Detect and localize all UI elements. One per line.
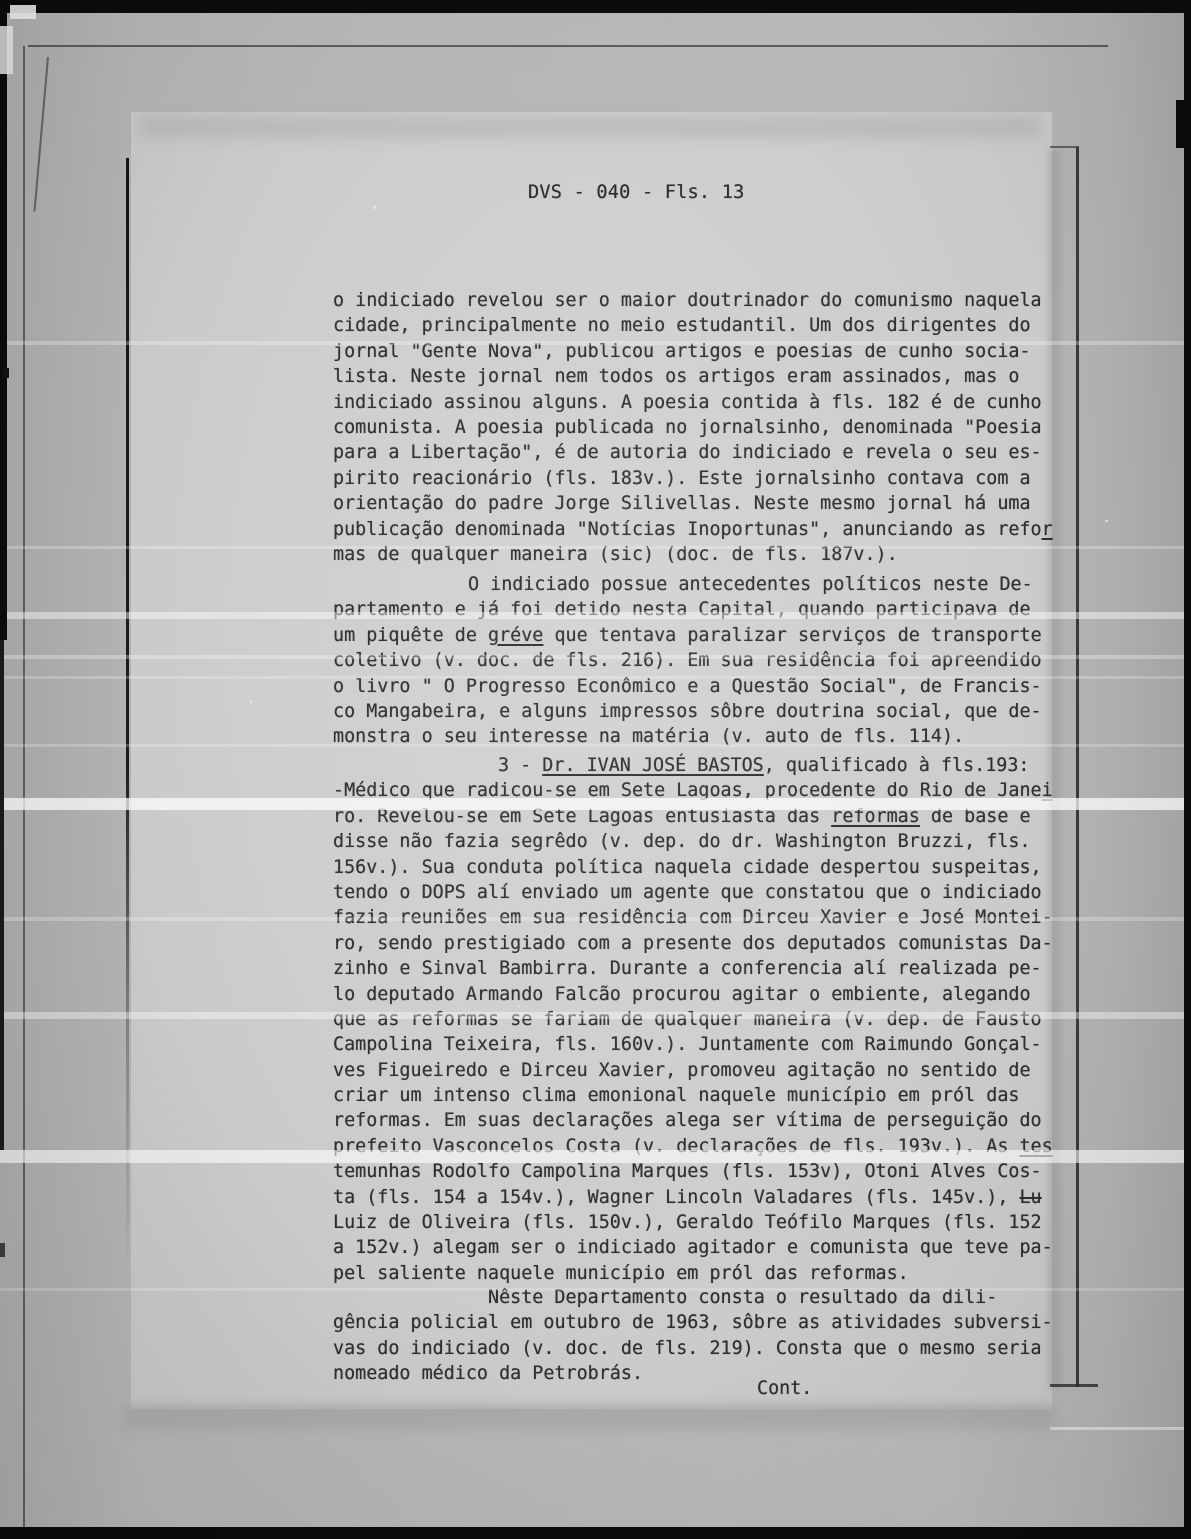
text-segment: criar um intenso clima emonional naquele… — [333, 1085, 1019, 1106]
paragraph-2-line-7: monstra o seu interesse na matéria (v. a… — [333, 724, 1058, 749]
corner-light-leak — [0, 26, 13, 74]
paragraph-1-line-3: jornal "Gente Nova", publicou artigos e … — [333, 339, 1058, 364]
paragraph-2-line-4: coletivo (v. doc. de fls. 216). Em sua r… — [333, 648, 1058, 673]
film-edge-right-blob — [1176, 100, 1191, 148]
paragraph-1-line-10: publicação denominada "Notícias Inoportu… — [333, 517, 1058, 542]
paragraph-4-line-3: vas do indiciado (v. doc. de fls. 219). … — [333, 1336, 1058, 1361]
paragraph-2-line-1: O indiciado possue antecedentes político… — [333, 572, 1058, 597]
text-segment: que as reformas se fariam de qualquer ma… — [333, 1009, 1042, 1030]
text-segment: fazia reuniões em sua residência com Dir… — [333, 907, 1053, 928]
text-segment: Nêste Departamento consta o resultado da… — [488, 1287, 997, 1308]
paragraph-3-line-1: 3 - Dr. IVAN JOSÉ BASTOS, qualificado à … — [333, 753, 1058, 778]
paragraph-3-line-15: reformas. Em suas declarações alega ser … — [333, 1108, 1058, 1133]
frame-rule-top — [28, 45, 1108, 47]
paragraph-3-line-8: ro, sendo prestigiado com a presente dos… — [333, 931, 1058, 956]
paragraph-3-line-12: Campolina Teixeira, fls. 160v.). Juntame… — [333, 1032, 1058, 1057]
typed-text-layer: o indiciado revelou ser o maior doutrina… — [0, 0, 1191, 1539]
paragraph-3-line-7: fazia reuniões em sua residência com Dir… — [333, 905, 1058, 930]
paragraph-4-line-4: nomeado médico da Petrobrás. — [333, 1361, 1058, 1386]
text-segment: que tentava paralizar serviços de transp… — [543, 625, 1041, 646]
text-segment: Luiz de Oliveira (fls. 150v.), Geraldo T… — [333, 1212, 1042, 1233]
text-segment: co Mangabeira, e alguns impressos sôbre … — [333, 701, 1042, 722]
corner-light-leak — [10, 5, 36, 19]
text-segment: pel saliente naquele município em pról d… — [333, 1263, 909, 1284]
text-segment: para a Libertação", é de autoria do indi… — [333, 442, 1042, 463]
frame-rule-left — [23, 46, 25, 1527]
text-segment: um piquête de — [333, 625, 488, 646]
text-segment: comunista. A poesia publicada no jornals… — [333, 417, 1042, 438]
paragraph-1-line-8: pirito reacionário (fls. 183v.). Este jo… — [333, 466, 1058, 491]
paragraph-2: O indiciado possue antecedentes político… — [333, 572, 1058, 750]
text-segment: ta (fls. 154 a 154v.), Wagner Lincoln Va… — [333, 1187, 1019, 1208]
text-segment: prefeito Vasconcelos Costa (v. declaraçõ… — [333, 1136, 1019, 1157]
paragraph-3-line-16: prefeito Vasconcelos Costa (v. declaraçõ… — [333, 1134, 1058, 1159]
text-segment: ro, sendo prestigiado com a presente dos… — [333, 933, 1053, 954]
paragraph-3-line-2: -Médico que radicou-se em Sete Lagoas, p… — [333, 778, 1058, 803]
text-segment: lista. Neste jornal nem todos os artigos… — [333, 366, 1019, 387]
paragraph-3-line-19: Luiz de Oliveira (fls. 150v.), Geraldo T… — [333, 1210, 1058, 1235]
text-segment: tendo o DOPS alí enviado um agente que c… — [333, 882, 1042, 903]
scanned-document-page: { "meta": { "reference": "DVS - 040 - Fl… — [0, 0, 1191, 1539]
underlined-text: reformas — [831, 806, 920, 827]
paragraph-3-line-3: ro. Revelou-se em Sete Lagoas entusiasta… — [333, 804, 1058, 829]
film-edge-left-lower — [0, 640, 4, 1150]
paragraph-1: o indiciado revelou ser o maior doutrina… — [333, 288, 1058, 567]
struck-text: Lu — [1019, 1187, 1041, 1208]
text-segment: lo deputado Armando Falcão procurou agit… — [333, 984, 1031, 1005]
paragraph-2-line-5: o livro " O Progresso Econômico e a Ques… — [333, 674, 1058, 699]
paragraph-3-line-21: pel saliente naquele município em pról d… — [333, 1261, 1058, 1286]
text-segment: mas de qualquer maneira (sic) (doc. de f… — [333, 544, 898, 565]
paragraph-3: 3 - Dr. IVAN JOSÉ BASTOS, qualificado à … — [333, 753, 1058, 1286]
text-segment: temunhas Rodolfo Campolina Marques (fls.… — [333, 1161, 1042, 1182]
film-edge-left — [0, 0, 7, 640]
paragraph-3-line-17: temunhas Rodolfo Campolina Marques (fls.… — [333, 1159, 1058, 1184]
text-segment: ro. Revelou-se em Sete Lagoas entusiasta… — [333, 806, 831, 827]
underlined-text: r — [1042, 519, 1053, 540]
paragraph-3-line-9: zinho e Sinval Bambirra. Durante a confe… — [333, 956, 1058, 981]
paragraph-4-line-1: Nêste Departamento consta o resultado da… — [333, 1285, 1058, 1310]
paragraph-3-line-14: criar um intenso clima emonional naquele… — [333, 1083, 1058, 1108]
text-segment: disse não fazia segrêdo (v. dep. do dr. … — [333, 831, 1031, 852]
paragraph-1-line-7: para a Libertação", é de autoria do indi… — [333, 440, 1058, 465]
text-segment: jornal "Gente Nova", publicou artigos e … — [333, 341, 1031, 362]
text-segment: o indiciado revelou ser o maior doutrina… — [333, 290, 1042, 311]
dust-dot — [1105, 520, 1108, 522]
paragraph-3-line-20: a 152v.) alegam ser o indiciado agitador… — [333, 1235, 1058, 1260]
paragraph-1-line-9: orientação do padre Jorge Silivellas. Ne… — [333, 491, 1058, 516]
dark-speck — [0, 1243, 5, 1257]
paragraph-2-line-6: co Mangabeira, e alguns impressos sôbre … — [333, 699, 1058, 724]
paragraph-1-line-4: lista. Neste jornal nem todos os artigos… — [333, 364, 1058, 389]
text-segment: ves Figueiredo e Dirceu Xavier, promoveu… — [333, 1060, 1031, 1081]
paragraph-2-line-3: um piquête de gréve que tentava paraliza… — [333, 623, 1058, 648]
underlined-text: i — [1042, 780, 1053, 801]
text-segment: coletivo (v. doc. de fls. 216). Em sua r… — [333, 650, 1042, 671]
paragraph-1-line-11: mas de qualquer maneira (sic) (doc. de f… — [333, 542, 1058, 567]
text-segment: Campolina Teixeira, fls. 160v.). Juntame… — [333, 1034, 1042, 1055]
dust-dot — [373, 206, 376, 209]
text-segment: nomeado médico da Petrobrás. — [333, 1363, 643, 1384]
paragraph-1-line-1: o indiciado revelou ser o maior doutrina… — [333, 288, 1058, 313]
text-segment: cidade, principalmente no meio estudanti… — [333, 315, 1031, 336]
text-segment: , qualificado à fls.193: — [764, 755, 1030, 776]
text-segment: indiciado assinou alguns. A poesia conti… — [333, 392, 1042, 413]
underlined-text: tes — [1019, 1136, 1052, 1157]
text-segment: gência policial em outubro de 1963, sôbr… — [333, 1312, 1053, 1333]
film-edge-right — [1184, 0, 1191, 1539]
text-segment: pirito reacionário (fls. 183v.). Este jo… — [333, 468, 1031, 489]
paragraph-3-line-6: tendo o DOPS alí enviado um agente que c… — [333, 880, 1058, 905]
dust-dot — [935, 175, 937, 177]
dark-speck — [3, 368, 9, 378]
text-segment: partamento e já foi detido nesta Capital… — [333, 599, 1031, 620]
text-segment: O indiciado possue antecedentes político… — [468, 574, 1033, 595]
text-segment: a 152v.) alegam ser o indiciado agitador… — [333, 1237, 1053, 1258]
text-segment: de base e — [920, 806, 1031, 827]
text-segment: 3 - — [498, 755, 542, 776]
paragraph-3-line-4: disse não fazia segrêdo (v. dep. do dr. … — [333, 829, 1058, 854]
text-segment: -Médico que radicou-se em Sete Lagoas, p… — [333, 780, 1042, 801]
text-segment: zinho e Sinval Bambirra. Durante a confe… — [333, 958, 1042, 979]
text-segment: reformas. Em suas declarações alega ser … — [333, 1110, 1042, 1131]
underlined-text: gréve — [488, 625, 543, 646]
text-segment: orientação do padre Jorge Silivellas. Ne… — [333, 493, 1031, 514]
text-segment: publicação denominada "Notícias Inoportu… — [333, 519, 1042, 540]
text-segment: monstra o seu interesse na matéria (v. a… — [333, 726, 964, 747]
text-segment: o livro " O Progresso Econômico e a Ques… — [333, 676, 1042, 697]
paragraph-3-line-18: ta (fls. 154 a 154v.), Wagner Lincoln Va… — [333, 1185, 1058, 1210]
paragraph-3-line-11: que as reformas se fariam de qualquer ma… — [333, 1007, 1058, 1032]
paragraph-4-line-2: gência policial em outubro de 1963, sôbr… — [333, 1310, 1058, 1335]
paragraph-1-line-5: indiciado assinou alguns. A poesia conti… — [333, 390, 1058, 415]
text-segment: 156v.). Sua conduta política naquela cid… — [333, 857, 1042, 878]
paragraph-4: Nêste Departamento consta o resultado da… — [333, 1285, 1058, 1387]
paragraph-3-line-13: ves Figueiredo e Dirceu Xavier, promoveu… — [333, 1058, 1058, 1083]
paragraph-3-line-5: 156v.). Sua conduta política naquela cid… — [333, 855, 1058, 880]
text-segment: vas do indiciado (v. doc. de fls. 219). … — [333, 1338, 1042, 1359]
continuation-mark: Cont. — [757, 1378, 812, 1399]
dust-dot — [518, 1005, 520, 1007]
paragraph-1-line-2: cidade, principalmente no meio estudanti… — [333, 313, 1058, 338]
paragraph-3-line-10: lo deputado Armando Falcão procurou agit… — [333, 982, 1058, 1007]
dust-dot — [250, 700, 252, 703]
underlined-text: Dr. IVAN JOSÉ BASTOS — [542, 755, 763, 776]
film-edge-bottom — [0, 1527, 1191, 1539]
paragraph-2-line-2: partamento e já foi detido nesta Capital… — [333, 597, 1058, 622]
paragraph-1-line-6: comunista. A poesia publicada no jornals… — [333, 415, 1058, 440]
film-edge-top — [0, 0, 1191, 13]
